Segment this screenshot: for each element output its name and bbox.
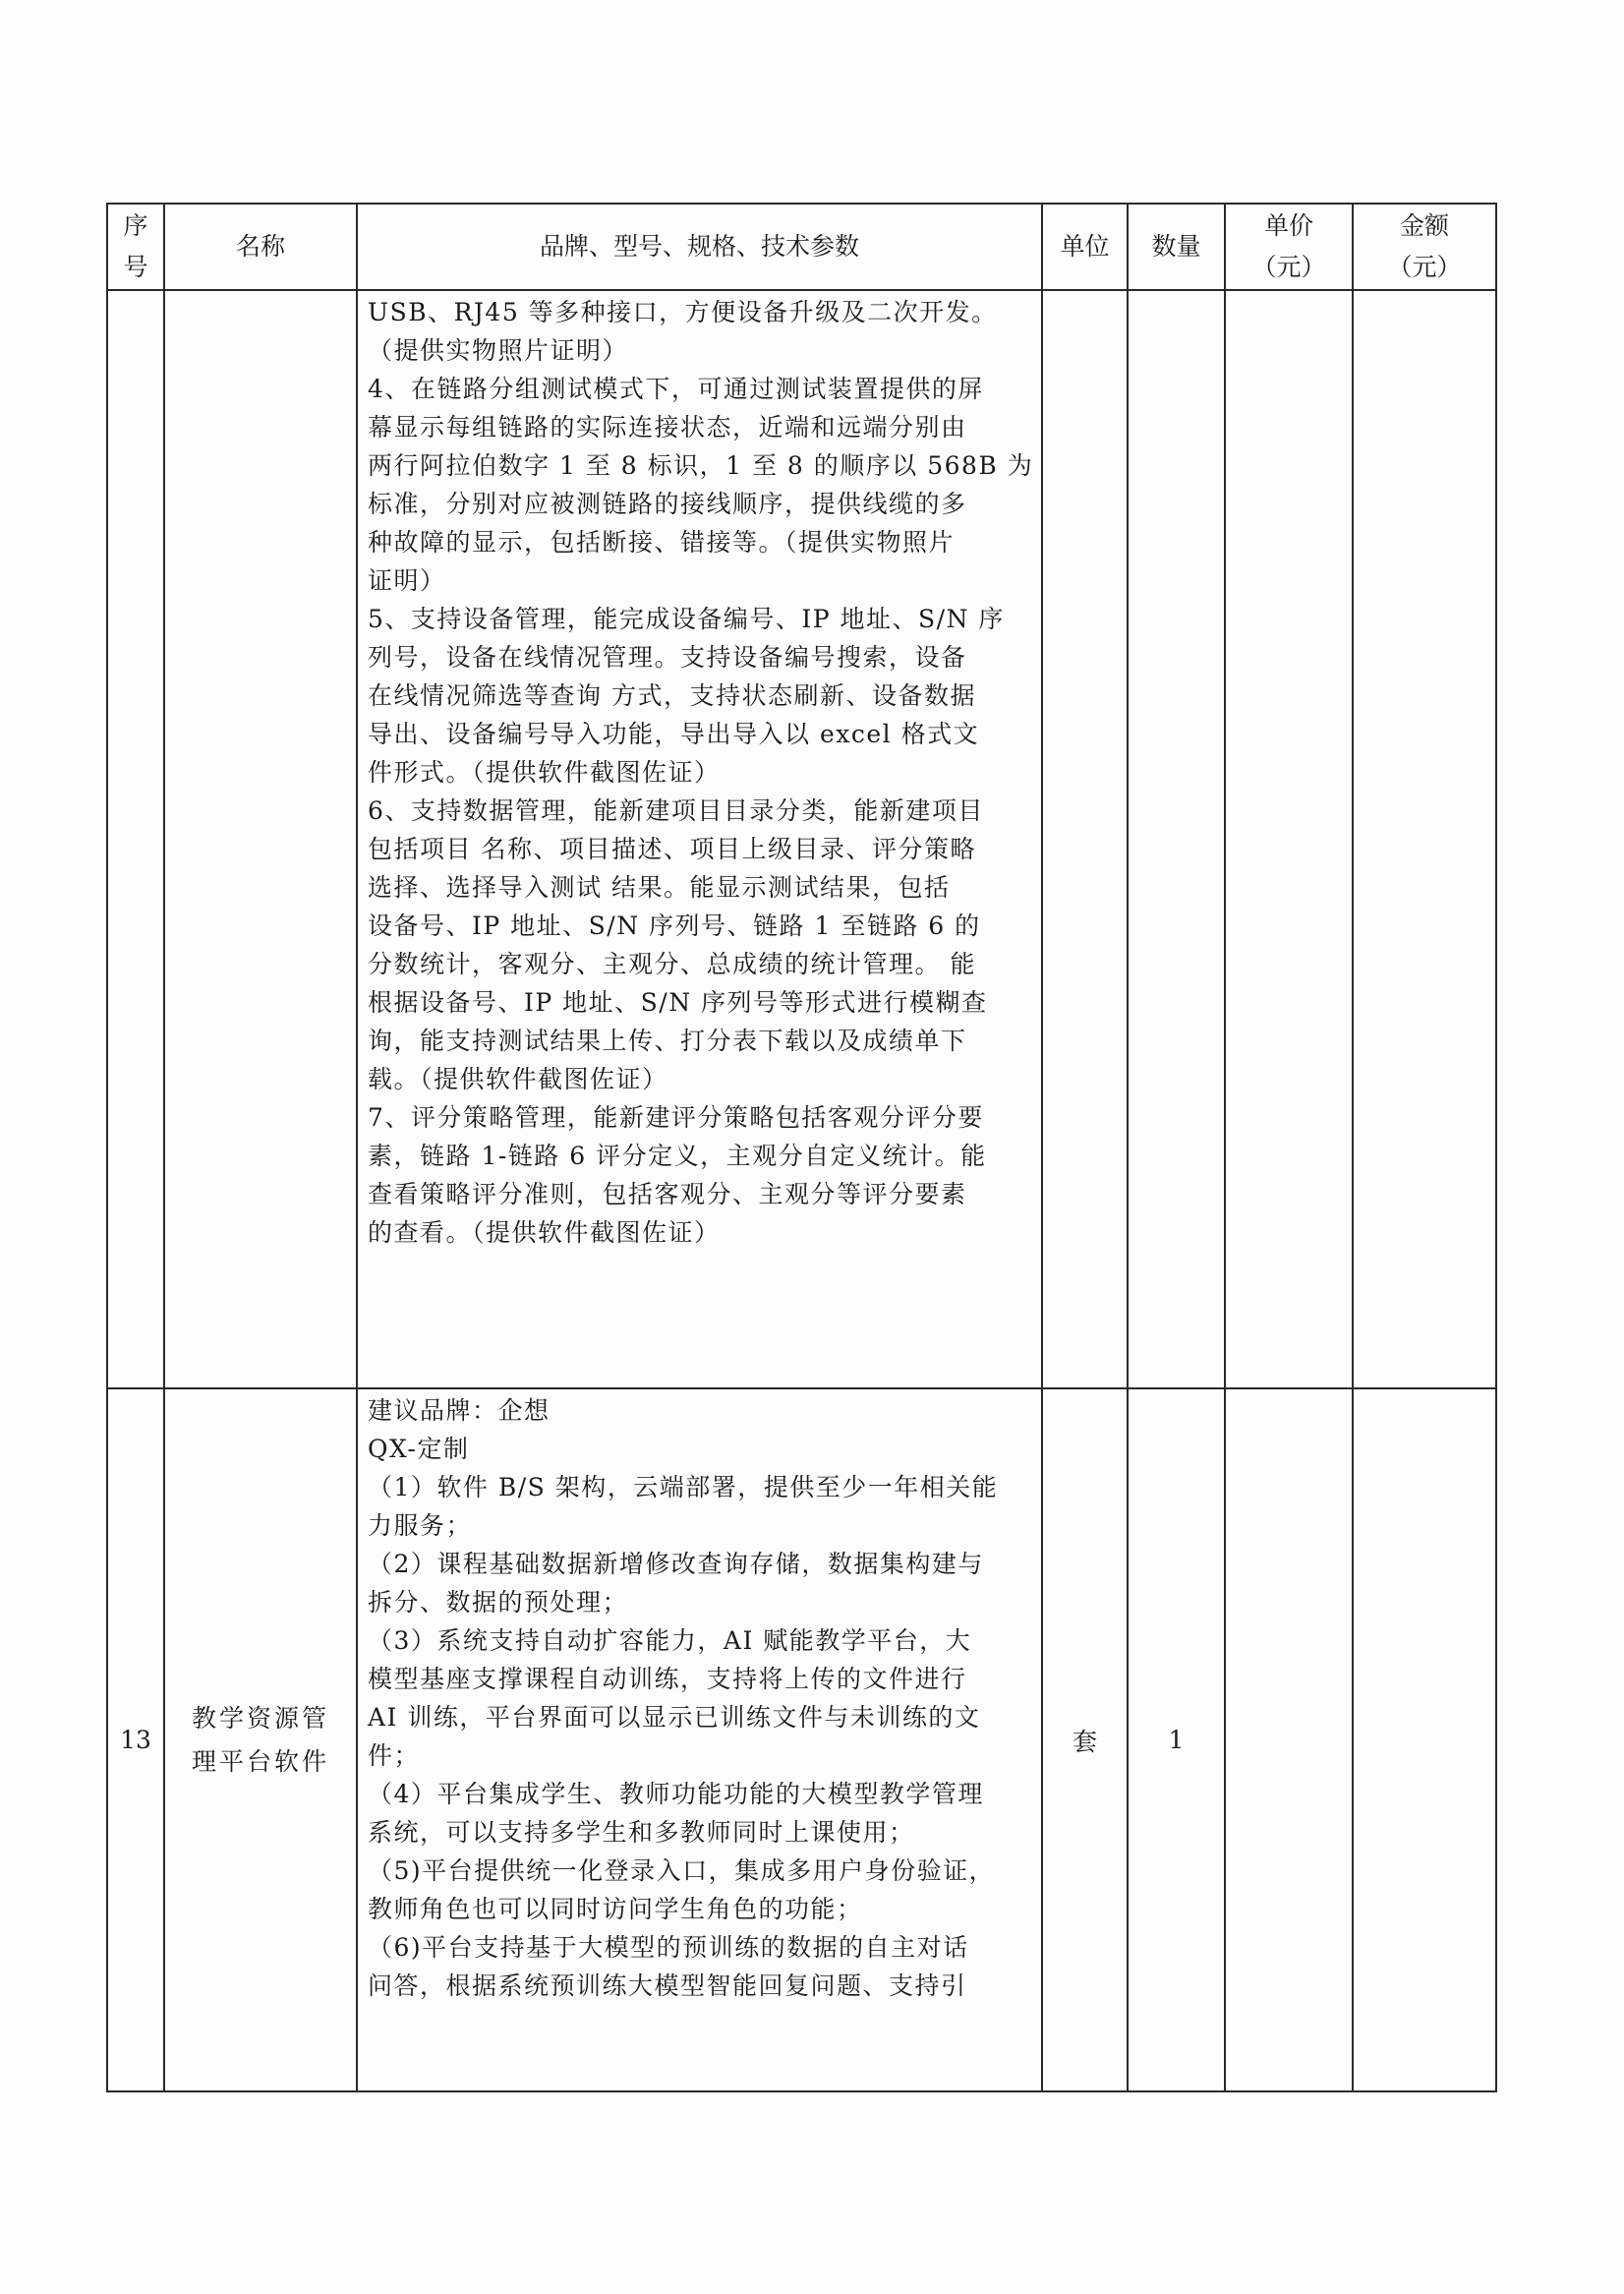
row-seq: 13: [107, 1388, 164, 2091]
spec-line: （4）平台集成学生、教师功能功能的大模型教学管理: [368, 1775, 1031, 1813]
spec-line: 模型基座支撑课程自动训练，支持将上传的文件进行: [368, 1660, 1031, 1698]
spec-line: （2）课程基础数据新增修改查询存储，数据集构建与: [368, 1545, 1031, 1583]
spec-line: 力服务；: [368, 1506, 1031, 1545]
header-price: 单价 （元）: [1225, 204, 1353, 290]
row-qty: 1: [1128, 1388, 1225, 2091]
header-amount-line1: 金额: [1400, 211, 1449, 240]
row-name: 教学资源管 理平台软件: [164, 1388, 357, 2091]
spec-line: 包括项目 名称、项目描述、项目上级目录、评分策略: [368, 830, 1031, 868]
spec-line: 拆分、数据的预处理；: [368, 1583, 1031, 1621]
header-price-line2: （元）: [1251, 253, 1325, 281]
spec-line: 标准，分别对应被测链路的接线顺序，提供线缆的多: [368, 485, 1031, 523]
row-name: [164, 290, 357, 1388]
spec-line: 教师角色也可以同时访问学生角色的功能；: [368, 1890, 1031, 1928]
spec-line: （6)平台支持基于大模型的预训练的数据的自主对话: [368, 1928, 1031, 1967]
row-name-line1: 教学资源管: [192, 1704, 329, 1733]
row-amount: [1353, 1388, 1496, 2091]
spec-line: 件形式。（提供软件截图佐证）: [368, 753, 1031, 792]
row-seq: [107, 290, 164, 1388]
spec-line: （1）软件 B/S 架构，云端部署，提供至少一年相关能: [368, 1468, 1031, 1506]
header-spec: 品牌、型号、规格、技术参数: [357, 204, 1042, 290]
row-unit: [1042, 290, 1128, 1388]
header-seq: 序 号: [107, 204, 164, 290]
spec-line: 系统，可以支持多学生和多教师同时上课使用；: [368, 1813, 1031, 1852]
spec-line: 根据设备号、IP 地址、S/N 序列号等形式进行模糊查: [368, 983, 1031, 1022]
row-price: [1225, 290, 1353, 1388]
spec-line: 询，能支持测试结果上传、打分表下载以及成绩单下: [368, 1022, 1031, 1060]
spec-line: 在线情况筛选等查询 方式，支持状态刷新、设备数据: [368, 676, 1031, 715]
header-amount: 金额 （元）: [1353, 204, 1496, 290]
spec-line: 件；: [368, 1736, 1031, 1775]
header-seq-line1: 序: [123, 211, 147, 240]
header-price-line1: 单价: [1264, 211, 1313, 240]
spec-line: 选择、选择导入测试 结果。能显示测试结果，包括: [368, 868, 1031, 907]
spec-line: 设备号、IP 地址、S/N 序列号、链路 1 至链路 6 的: [368, 907, 1031, 945]
spec-line: AI 训练，平台界面可以显示已训练文件与未训练的文: [368, 1698, 1031, 1736]
spec-line: 列号，设备在线情况管理。支持设备编号搜索，设备: [368, 638, 1031, 676]
header-qty: 数量: [1128, 204, 1225, 290]
spec-line: 素，链路 1-链路 6 评分定义，主观分自定义统计。能: [368, 1137, 1031, 1175]
spec-line: QX-定制: [368, 1430, 1031, 1468]
spec-line: 问答，根据系统预训练大模型智能回复问题、支持引: [368, 1967, 1031, 2005]
spec-line: 5、支持设备管理，能完成设备编号、IP 地址、S/N 序: [368, 600, 1031, 638]
table-row: 13 教学资源管 理平台软件 建议品牌：企想QX-定制（1）软件 B/S 架构，…: [107, 1388, 1496, 2091]
spec-line: 幕显示每组链路的实际连接状态，近端和远端分别由: [368, 408, 1031, 446]
row-amount: [1353, 290, 1496, 1388]
procurement-table: 序 号 名称 品牌、型号、规格、技术参数 单位 数量 单价 （元） 金额 （元）…: [106, 203, 1497, 2092]
spec-line: 种故障的显示，包括断接、错接等。（提供实物照片: [368, 523, 1031, 561]
spec-line: 4、在链路分组测试模式下，可通过测试装置提供的屏: [368, 370, 1031, 408]
row-unit: 套: [1042, 1388, 1128, 2091]
spec-line: 导出、设备编号导入功能，导出导入以 excel 格式文: [368, 715, 1031, 753]
spec-line: 分数统计，客观分、主观分、总成绩的统计管理。 能: [368, 945, 1031, 983]
spec-line: （3）系统支持自动扩容能力，AI 赋能教学平台，大: [368, 1621, 1031, 1660]
spec-line: 载。（提供软件截图佐证）: [368, 1060, 1031, 1098]
spec-line: （提供实物照片证明）: [368, 331, 1031, 370]
spec-line: 6、支持数据管理，能新建项目目录分类，能新建项目: [368, 792, 1031, 830]
spec-line: 7、评分策略管理，能新建评分策略包括客观分评分要: [368, 1098, 1031, 1137]
row-qty: [1128, 290, 1225, 1388]
spec-line: 的查看。（提供软件截图佐证）: [368, 1213, 1031, 1252]
row-price: [1225, 1388, 1353, 2091]
spec-line: （5)平台提供统一化登录入口，集成多用户身份验证，: [368, 1852, 1031, 1890]
header-seq-line2: 号: [123, 253, 147, 281]
spec-line: 查看策略评分准则，包括客观分、主观分等评分要素: [368, 1175, 1031, 1213]
spec-line: 两行阿拉伯数字 1 至 8 标识，1 至 8 的顺序以 568B 为: [368, 446, 1031, 485]
spec-line: 证明）: [368, 561, 1031, 600]
spec-line: USB、RJ45 等多种接口，方便设备升级及二次开发。: [368, 293, 1031, 331]
row-spec: USB、RJ45 等多种接口，方便设备升级及二次开发。（提供实物照片证明）4、在…: [357, 290, 1042, 1388]
header-unit: 单位: [1042, 204, 1128, 290]
table-row: USB、RJ45 等多种接口，方便设备升级及二次开发。（提供实物照片证明）4、在…: [107, 290, 1496, 1388]
header-amount-line2: （元）: [1387, 253, 1461, 281]
header-name: 名称: [164, 204, 357, 290]
table-header-row: 序 号 名称 品牌、型号、规格、技术参数 单位 数量 单价 （元） 金额 （元）: [107, 204, 1496, 290]
spec-line: 建议品牌：企想: [368, 1391, 1031, 1430]
row-spec: 建议品牌：企想QX-定制（1）软件 B/S 架构，云端部署，提供至少一年相关能力…: [357, 1388, 1042, 2091]
row-name-line2: 理平台软件: [192, 1747, 329, 1776]
